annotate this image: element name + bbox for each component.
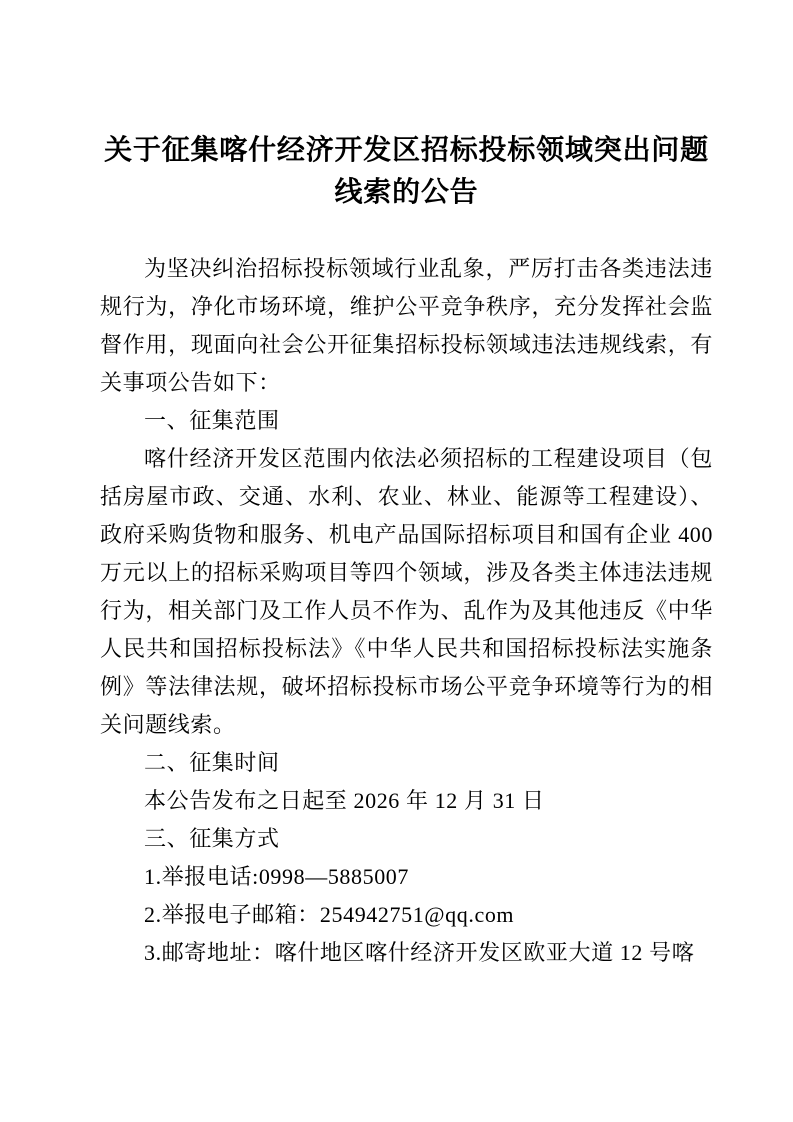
document-title-line-1: 关于征集喀什经济开发区招标投标领域突出问题 [100, 130, 713, 172]
document-title-line-2: 线索的公告 [100, 172, 713, 214]
section-2-heading: 二、征集时间 [100, 744, 713, 782]
intro-paragraph: 为坚决纠治招标投标领域行业乱象，严厉打击各类违法违规行为，净化市场环境，维护公平… [100, 250, 713, 402]
section-2-paragraph: 本公告发布之日起至 2026 年 12 月 31 日 [100, 782, 713, 820]
contact-phone-line: 1.举报电话:0998—5885007 [100, 858, 713, 896]
document-page: 关于征集喀什经济开发区招标投标领域突出问题 线索的公告 为坚决纠治招标投标领域行… [0, 0, 793, 1122]
document-content: 关于征集喀什经济开发区招标投标领域突出问题 线索的公告 为坚决纠治招标投标领域行… [100, 130, 713, 972]
section-3-heading: 三、征集方式 [100, 820, 713, 858]
document-title: 关于征集喀什经济开发区招标投标领域突出问题 线索的公告 [100, 130, 713, 214]
section-1-heading: 一、征集范围 [100, 402, 713, 440]
contact-address-line: 3.邮寄地址：喀什地区喀什经济开发区欧亚大道 12 号喀 [100, 934, 713, 972]
document-body: 为坚决纠治招标投标领域行业乱象，严厉打击各类违法违规行为，净化市场环境，维护公平… [100, 250, 713, 972]
contact-email-line: 2.举报电子邮箱：254942751@qq.com [100, 896, 713, 934]
section-1-paragraph: 喀什经济开发区范围内依法必须招标的工程建设项目（包括房屋市政、交通、水利、农业、… [100, 440, 713, 744]
